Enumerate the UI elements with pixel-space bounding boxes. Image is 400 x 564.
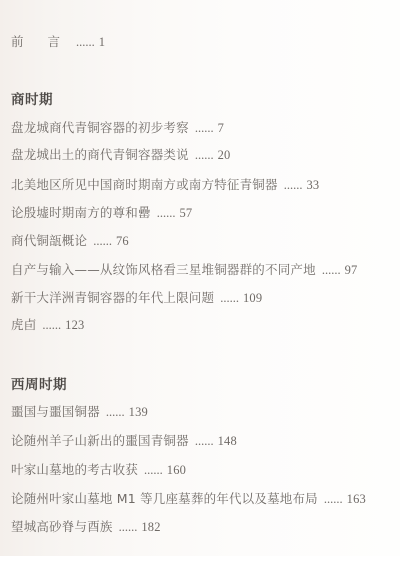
- section-heading-shang: 商时期: [11, 91, 53, 109]
- entry-title: 论随州叶家山墓地 M1 等几座墓葬的年代以及墓地布局: [11, 491, 318, 506]
- entry-leader-dots: ......: [119, 520, 138, 534]
- entry-leader-dots: ......: [42, 318, 61, 332]
- toc-entry[interactable]: 论随州叶家山墓地 M1 等几座墓葬的年代以及墓地布局......163: [11, 491, 366, 507]
- toc-entry[interactable]: 自产与输入——从纹饰风格看三星堆铜器群的不同产地......97: [11, 262, 357, 278]
- entry-page-number: 139: [129, 405, 148, 419]
- entry-leader-dots: ......: [144, 463, 163, 477]
- entry-page-number: 148: [218, 434, 237, 448]
- toc-entry[interactable]: 盘龙城商代青铜容器的初步考察......7: [11, 120, 224, 136]
- entry-title: 虎卣: [11, 317, 36, 332]
- toc-entry-preface[interactable]: 前 言......1: [11, 34, 105, 50]
- toc-entry[interactable]: 论随州羊子山新出的噩国青铜器......148: [11, 433, 237, 449]
- entry-leader-dots: ......: [195, 148, 214, 162]
- entry-title: 论随州羊子山新出的噩国青铜器: [11, 433, 189, 448]
- entry-leader-dots: ......: [106, 405, 125, 419]
- entry-title: 盘龙城出土的商代青铜容器类说: [11, 147, 189, 162]
- entry-page-number: 76: [116, 234, 129, 248]
- entry-leader-dots: ......: [93, 234, 112, 248]
- toc-page: 前 言......1 商时期 盘龙城商代青铜容器的初步考察......7 盘龙城…: [0, 0, 400, 556]
- entry-page-number: 160: [167, 463, 186, 477]
- entry-page-number: 123: [65, 318, 84, 332]
- entry-page-number: 163: [347, 492, 366, 506]
- entry-leader-dots: ......: [195, 121, 214, 135]
- toc-entry[interactable]: 商代铜瓿概论......76: [11, 233, 129, 249]
- entry-leader-dots: ......: [284, 178, 303, 192]
- entry-title: 望城高砂脊与酉族: [11, 519, 113, 534]
- entry-page-number: 1: [99, 35, 105, 49]
- toc-entry[interactable]: 盘龙城出土的商代青铜容器类说......20: [11, 147, 230, 163]
- entry-leader-dots: ......: [195, 434, 214, 448]
- toc-entry[interactable]: 叶家山墓地的考古收获......160: [11, 462, 186, 478]
- entry-leader-dots: ......: [76, 35, 95, 49]
- toc-entry[interactable]: 噩国与噩国铜器......139: [11, 404, 148, 420]
- entry-page-number: 20: [218, 148, 231, 162]
- entry-title: 北美地区所见中国商时期南方或南方特征青铜器: [11, 177, 278, 192]
- entry-page-number: 109: [243, 291, 262, 305]
- entry-title: 前 言: [11, 34, 70, 49]
- entry-title: 商代铜瓿概论: [11, 233, 87, 248]
- entry-page-number: 182: [141, 520, 160, 534]
- entry-page-number: 7: [218, 121, 224, 135]
- toc-entry[interactable]: 望城高砂脊与酉族......182: [11, 519, 161, 535]
- toc-entry[interactable]: 论殷墟时期南方的尊和罍......57: [11, 205, 192, 221]
- entry-title: 新干大洋洲青铜容器的年代上限问题: [11, 290, 214, 305]
- section-heading-western-zhou: 西周时期: [11, 376, 67, 394]
- entry-leader-dots: ......: [220, 291, 239, 305]
- entry-page-number: 57: [179, 206, 192, 220]
- entry-leader-dots: ......: [324, 492, 343, 506]
- toc-entry[interactable]: 北美地区所见中国商时期南方或南方特征青铜器......33: [11, 177, 319, 193]
- entry-leader-dots: ......: [157, 206, 176, 220]
- entry-page-number: 33: [306, 178, 319, 192]
- entry-title: 盘龙城商代青铜容器的初步考察: [11, 120, 189, 135]
- toc-entry[interactable]: 新干大洋洲青铜容器的年代上限问题......109: [11, 290, 262, 306]
- entry-title: 叶家山墓地的考古收获: [11, 462, 138, 477]
- entry-title: 自产与输入——从纹饰风格看三星堆铜器群的不同产地: [11, 262, 316, 277]
- entry-page-number: 97: [345, 263, 358, 277]
- entry-title: 论殷墟时期南方的尊和罍: [11, 205, 151, 220]
- entry-leader-dots: ......: [322, 263, 341, 277]
- toc-entry[interactable]: 虎卣......123: [11, 317, 85, 333]
- entry-title: 噩国与噩国铜器: [11, 404, 100, 419]
